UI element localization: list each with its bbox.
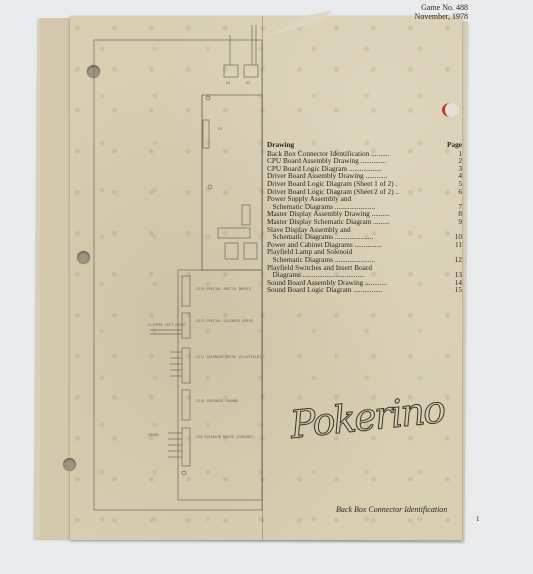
game-number: Game No. 488 — [398, 3, 468, 12]
toc-header: Drawing Page — [267, 141, 462, 149]
svg-text:FLIPPER LEFT RIGHT: FLIPPER LEFT RIGHT — [148, 323, 187, 327]
page-number: 1 — [476, 515, 480, 523]
toc-entry-page: 15 — [454, 286, 462, 294]
toc-entry-title: Sound Board Logic Diagram ..............… — [267, 286, 383, 294]
svg-text:2J11 SOLENOID DRIVE (PLAYFIELD: 2J11 SOLENOID DRIVE (PLAYFIELD) — [196, 355, 261, 359]
svg-text:2J9 SOLENOID DRIVE (CABINET): 2J9 SOLENOID DRIVE (CABINET) — [196, 435, 255, 439]
sticker-stamp — [442, 103, 459, 117]
toc-entry-page: 12 — [454, 256, 462, 264]
svg-text:SOUND: SOUND — [148, 433, 159, 437]
svg-text:2J10 SOLENOID GROUND: 2J10 SOLENOID GROUND — [196, 399, 238, 403]
toc-entry-page: 9 — [454, 218, 462, 226]
svg-text:U2: U2 — [246, 81, 250, 85]
document-header: Game No. 488 November, 1978 — [398, 3, 468, 21]
toc-entry-page: 11 — [454, 241, 462, 249]
toc-entry: Sound Board Logic Diagram ..............… — [267, 286, 462, 294]
toc-entry-page: 6 — [454, 188, 462, 196]
svg-text:2J19 SPECIAL SWITCH INPUTS: 2J19 SPECIAL SWITCH INPUTS — [196, 287, 251, 291]
toc-col-drawing: Drawing — [267, 141, 294, 149]
svg-text:U3: U3 — [226, 81, 230, 85]
document-date: November, 1978 — [398, 12, 468, 21]
table-of-contents: Drawing Page Back Box Connector Identifi… — [267, 141, 462, 294]
svg-text:U1: U1 — [218, 127, 222, 131]
toc-col-page: Page — [447, 141, 462, 149]
svg-text:2J12 SPECIAL SOLENOID DRIVE: 2J12 SPECIAL SOLENOID DRIVE — [196, 319, 253, 323]
footer-caption: Back Box Connector Identification — [336, 505, 447, 514]
